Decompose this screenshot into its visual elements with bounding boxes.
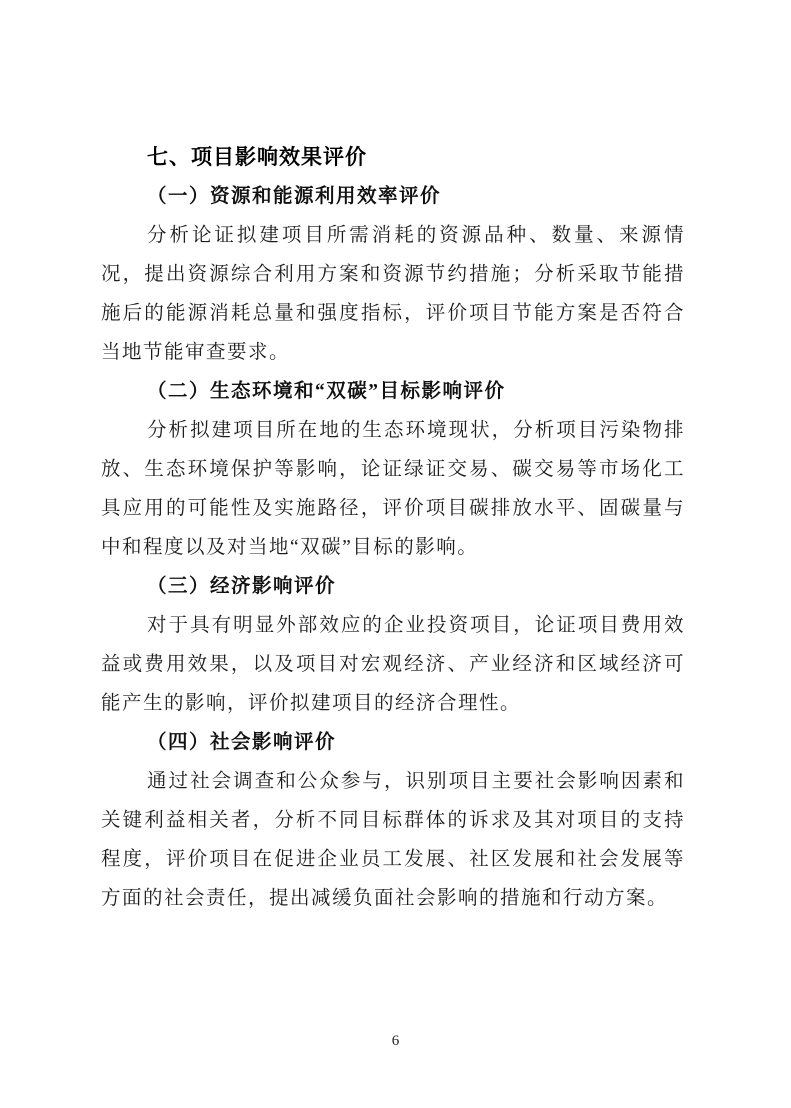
section-eco-dual-carbon: （二）生态环境和“双碳”目标影响评价 分析拟建项目所在地的生态环境现状，分析项目… — [101, 372, 685, 567]
section-3-paragraph: 对于具有明显外部效应的企业投资项目，论证项目费用效益或费用效果，以及项目对宏观经… — [101, 606, 685, 723]
section-4-heading: （四）社会影响评价 — [101, 723, 685, 762]
page-number: 6 — [392, 1033, 400, 1049]
document-content: 七、项目影响效果评价 （一）资源和能源利用效率评价 分析论证拟建项目所需消耗的资… — [101, 138, 685, 918]
page-title: 七、项目影响效果评价 — [101, 138, 685, 177]
section-1-heading: （一）资源和能源利用效率评价 — [101, 177, 685, 216]
section-3-heading: （三）经济影响评价 — [101, 567, 685, 606]
section-economic-impact: （三）经济影响评价 对于具有明显外部效应的企业投资项目，论证项目费用效益或费用效… — [101, 567, 685, 723]
section-4-paragraph: 通过社会调查和公众参与，识别项目主要社会影响因素和关键利益相关者，分析不同目标群… — [101, 762, 685, 918]
section-2-paragraph: 分析拟建项目所在地的生态环境现状，分析项目污染物排放、生态环境保护等影响，论证绿… — [101, 411, 685, 567]
section-2-heading: （二）生态环境和“双碳”目标影响评价 — [101, 372, 685, 411]
section-1-paragraph: 分析论证拟建项目所需消耗的资源品种、数量、来源情况，提出资源综合利用方案和资源节… — [101, 216, 685, 372]
page-footer: 6 — [0, 1031, 791, 1051]
document-page: 七、项目影响效果评价 （一）资源和能源利用效率评价 分析论证拟建项目所需消耗的资… — [0, 0, 791, 1108]
section-social-impact: （四）社会影响评价 通过社会调查和公众参与，识别项目主要社会影响因素和关键利益相… — [101, 723, 685, 918]
section-resource-energy: （一）资源和能源利用效率评价 分析论证拟建项目所需消耗的资源品种、数量、来源情况… — [101, 177, 685, 372]
